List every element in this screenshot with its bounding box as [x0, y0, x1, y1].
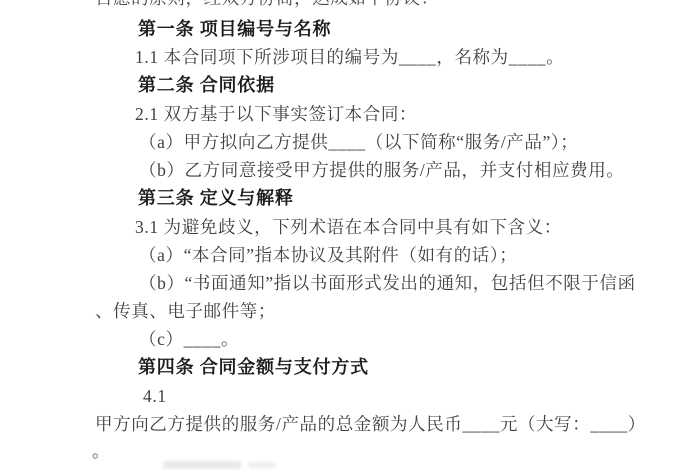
clause-4-heading: 第四条 合同金额与支付方式 — [138, 357, 369, 377]
clause-1-heading: 第一条 项目编号与名称 — [138, 19, 331, 39]
clause-4-1-number: 4.1 — [143, 386, 167, 406]
clause-3-1-text: 3.1 为避免歧义，下列术语在本合同中具有如下含义： — [135, 217, 562, 237]
clause-3-1-item-a: （a）“本合同”指本协议及其附件（如有的话）； — [139, 245, 517, 265]
faint-cutoff-text-2 — [248, 462, 276, 468]
clause-4-1-trailing-period: 。 — [92, 441, 110, 461]
contract-document-page: 自愿的原则，经双方协商，达成如下协议： 第一条 项目编号与名称 1.1 本合同项… — [0, 0, 700, 470]
clause-3-1-item-c: （c）____。 — [139, 329, 239, 349]
clause-3-heading: 第三条 定义与解释 — [138, 188, 294, 208]
faint-cutoff-text — [163, 461, 241, 469]
clause-4-1-text: 甲方向乙方提供的服务/产品的总金额为人民币____元（大写：____） — [95, 414, 646, 434]
clause-3-1-item-b-wrap: 、传真、电子邮件等； — [95, 301, 276, 321]
clause-2-1-item-a: （a）甲方拟向乙方提供____（以下简称“服务/产品”）； — [139, 132, 578, 152]
clause-2-1-item-b: （b）乙方同意接受甲方提供的服务/产品，并支付相应费用。 — [139, 160, 624, 180]
clause-2-1-text: 2.1 双方基于以下事实签订本合同： — [135, 104, 417, 124]
clause-1-1-text: 1.1 本合同项下所涉项目的编号为____，名称为____。 — [135, 47, 564, 67]
clause-3-1-item-b: （b）“书面通知”指以书面形式发出的通知，包括但不限于信函 — [139, 273, 636, 293]
preamble-clipped-line: 自愿的原则，经双方协商，达成如下协议： — [95, 0, 439, 8]
clause-2-heading: 第二条 合同依据 — [138, 75, 275, 95]
